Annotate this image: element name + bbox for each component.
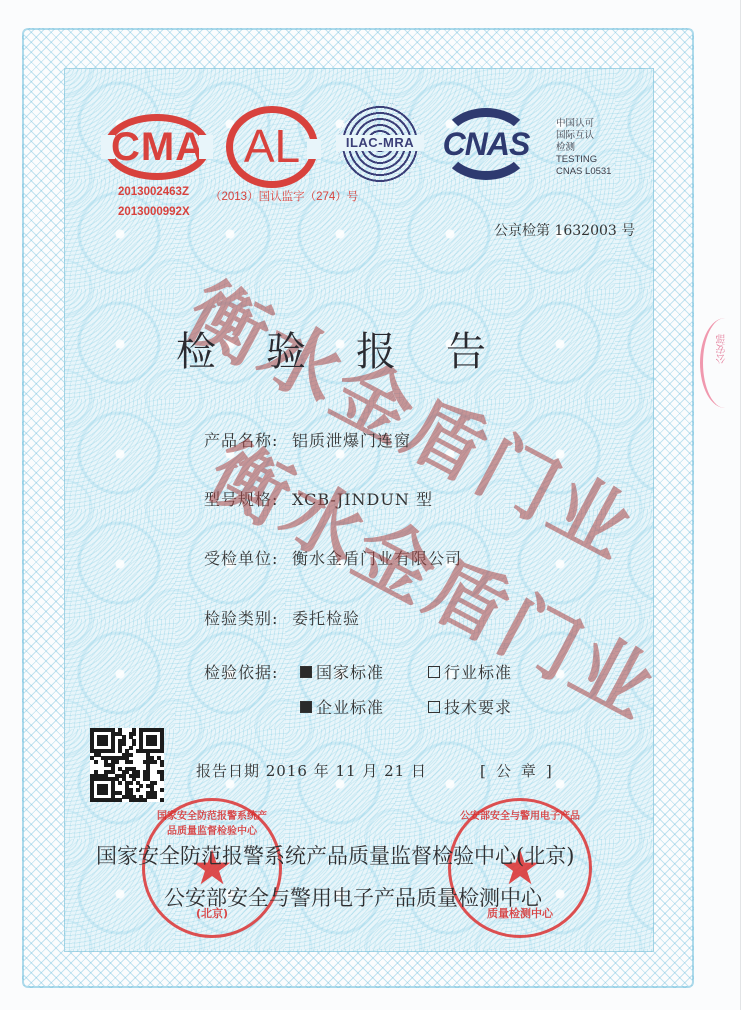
field-value: 铝质泄爆门连窗 — [292, 431, 411, 450]
cma-logo-text: CMA — [111, 125, 203, 170]
cnas-info-line: TESTING — [556, 154, 611, 166]
cnas-logo-icon: CNAS — [432, 108, 540, 180]
cnas-info-line: 中国认可 — [556, 118, 611, 130]
cal-logo-text: AL — [233, 119, 311, 173]
field-value: XCB-JINDUN 型 — [292, 490, 433, 509]
seal-label: [公章] — [480, 760, 562, 781]
field-client: 受检单位:衡水金盾门业有限公司 — [204, 546, 462, 569]
cnas-info-line: 检测 — [556, 142, 611, 154]
basis-option-technical: 技术要求 — [428, 695, 548, 718]
field-label: 产品名称: — [204, 428, 292, 451]
field-value: 委托检验 — [292, 609, 360, 628]
field-label: 检验类别: — [204, 606, 292, 629]
checked-box-icon — [300, 666, 312, 678]
checked-box-icon — [300, 701, 312, 713]
field-label: 检验依据: — [204, 660, 292, 683]
report-number: 公京检第 1632003 号 — [494, 220, 635, 240]
basis-option-industry: 行业标准 — [428, 660, 548, 683]
field-inspection-type: 检验类别:委托检验 — [204, 606, 360, 629]
field-label: 型号规格: — [204, 487, 292, 510]
unchecked-box-icon — [428, 666, 440, 678]
cal-logo-icon: AL — [226, 106, 318, 188]
field-model: 型号规格:XCB-JINDUN 型 — [204, 487, 433, 510]
cma-registration-codes: 2013002463Z 2013000992X — [118, 182, 190, 222]
option-label: 企业标准 — [316, 695, 384, 718]
field-label: 受检单位: — [204, 546, 292, 569]
inspection-basis: 检验依据: — [204, 660, 292, 683]
unchecked-box-icon — [428, 701, 440, 713]
field-value: 衡水金盾门业有限公司 — [292, 549, 462, 568]
cma-code: 2013002463Z — [118, 182, 190, 202]
cnas-info: 中国认可 国际互认 检测 TESTING CNAS L0531 — [556, 118, 611, 178]
document-title: 检验报告 — [176, 320, 536, 377]
option-label: 国家标准 — [316, 660, 384, 683]
page-edge-bottom — [0, 1010, 750, 1031]
organization-name-2: 公安部安全与警用电子产品质量检测中心 — [164, 882, 542, 912]
cnas-info-line: 国际互认 — [556, 130, 611, 142]
option-label: 技术要求 — [444, 695, 512, 718]
organization-name-1: 国家安全防范报警系统产品质量监督检验中心(北京) — [96, 840, 574, 870]
basis-option-enterprise: 企业标准 — [300, 695, 428, 718]
qr-code-icon[interactable] — [90, 728, 164, 802]
basis-options: 国家标准 行业标准 企业标准 技术要求 — [300, 660, 548, 718]
report-date: 报告日期 2016 年 11 月 21 日 — [196, 760, 427, 781]
cnas-info-line: CNAS L0531 — [556, 166, 611, 178]
page-edge — [740, 0, 750, 1031]
cal-registration-code: （2013）国认监字（274）号 — [210, 188, 358, 204]
option-label: 行业标准 — [444, 660, 512, 683]
edge-seal-partial: 公安部 — [700, 318, 750, 408]
seal-ring-text: 国家安全防范报警系统产品质量监督检验中心 — [153, 807, 271, 837]
ilac-logo-text: ILAC-MRA — [336, 135, 424, 151]
cma-logo-icon: CMA — [104, 114, 210, 180]
basis-option-national: 国家标准 — [300, 660, 428, 683]
seal-ring-text: 公安部安全与警用电子产品 — [459, 807, 581, 822]
edge-seal-text: 公安部 — [715, 334, 730, 364]
cma-code: 2013000992X — [118, 202, 190, 222]
ilac-mra-logo-icon: ILAC-MRA — [338, 102, 422, 186]
field-product-name: 产品名称:铝质泄爆门连窗 — [204, 428, 411, 451]
cnas-logo-text: CNAS — [432, 126, 540, 163]
